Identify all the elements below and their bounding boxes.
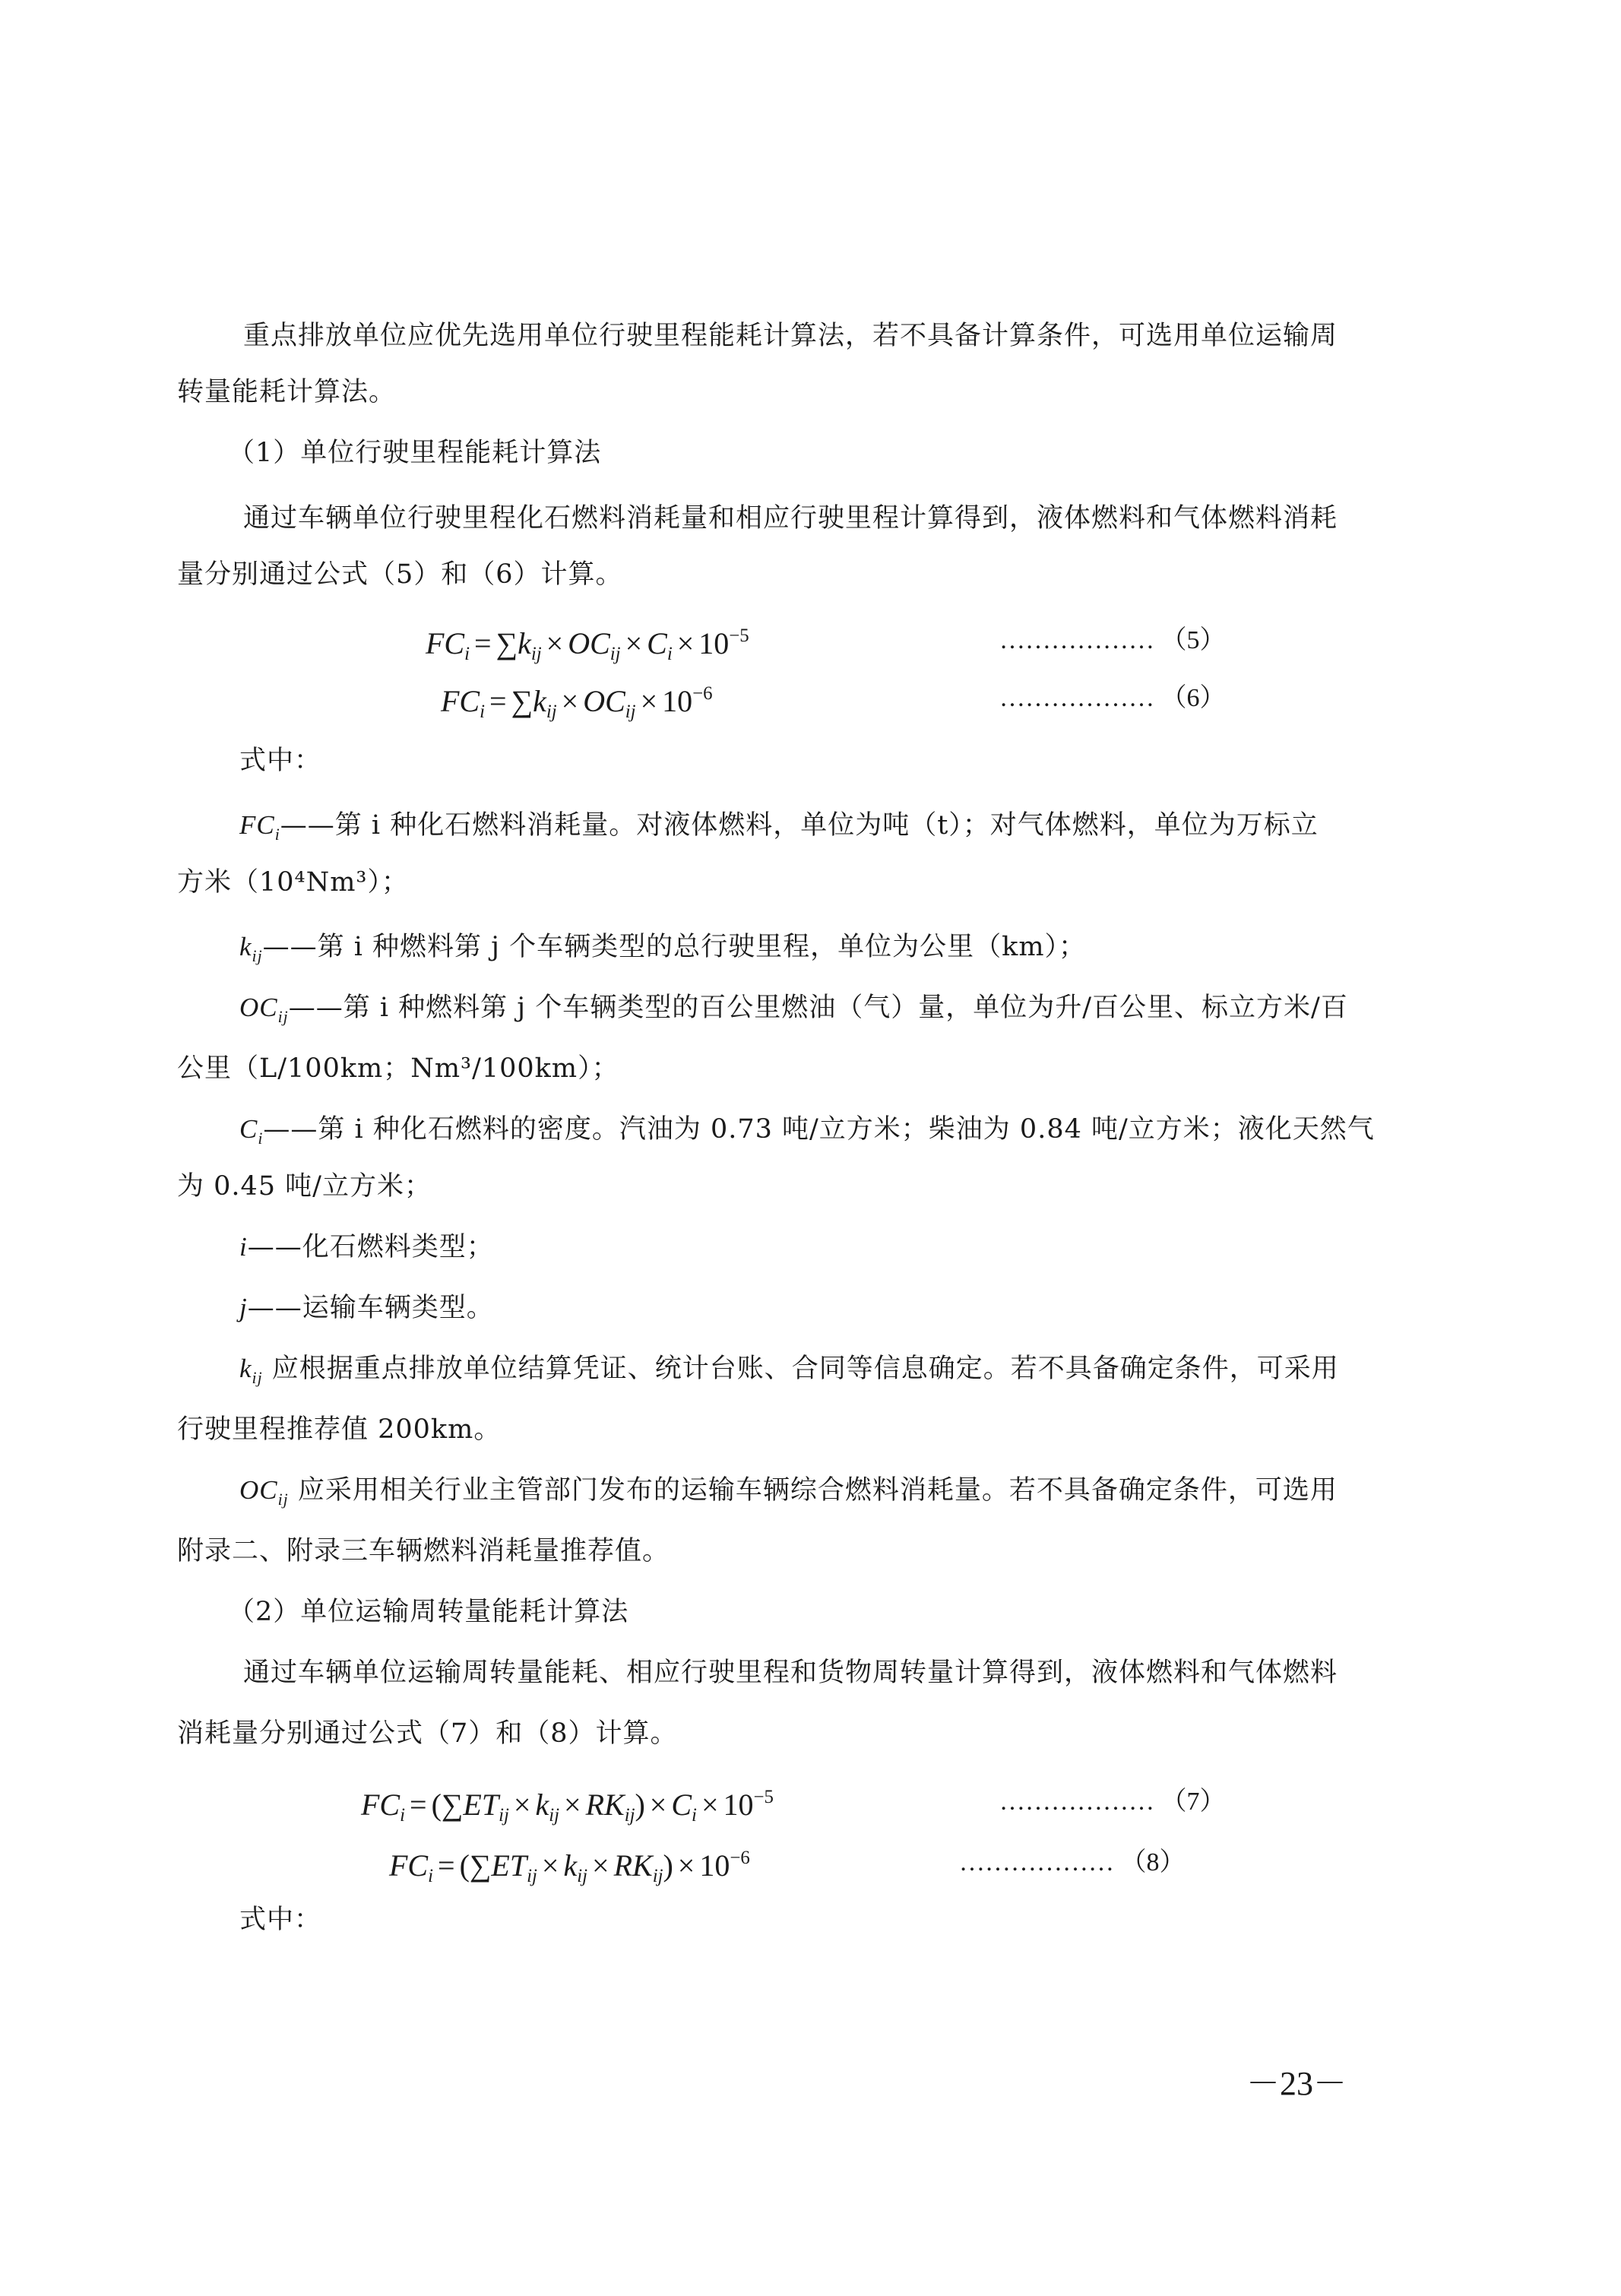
definition-k: kij——第 i 种燃料第 j 个车辆类型的总行驶里程，单位为公里（km）； — [239, 929, 1086, 974]
variable-oc: OCij — [239, 1475, 289, 1505]
formula-5: FCi=∑kij×OCij×Ci×10−5 — [426, 617, 749, 673]
where-label: 式中： — [239, 1902, 321, 1938]
equation-number-8: ……………… （8） — [959, 1844, 1186, 1882]
paragraph-line: 重点排放单位应优先选用单位行驶里程能耗计算法，若不具备计算条件，可选用单位运输周 — [243, 318, 1338, 354]
section-heading-2: （2）单位运输周转量能耗计算法 — [228, 1594, 628, 1630]
paragraph-line: 转量能耗计算法。 — [177, 374, 396, 410]
definition-c: Ci——第 i 种化石燃料的密度。汽油为 0.73 吨/立方米；柴油为 0.84… — [239, 1111, 1375, 1157]
page-number: －23－ — [1246, 2056, 1347, 2104]
paragraph-line: 公里（L/100km；Nm³/100km）； — [177, 1050, 619, 1087]
variable-j: j — [239, 1293, 248, 1322]
paragraph-line: 方米（10⁴Nm³）； — [177, 864, 409, 901]
paragraph-line: 附录二、附录三车辆燃料消耗量推荐值。 — [177, 1533, 670, 1569]
paragraph-line: 行驶里程推荐值 200km。 — [177, 1411, 501, 1448]
definition-oc: OCij——第 i 种燃料第 j 个车辆类型的百公里燃油（气）量，单位为升/百公… — [239, 990, 1348, 1035]
equation-number-7: ……………… （7） — [999, 1783, 1226, 1821]
where-label: 式中： — [239, 743, 321, 779]
formula-6: FCi=∑kij×OCij×10−6 — [441, 675, 713, 731]
variable-i: i — [239, 1232, 248, 1262]
variable-k: kij — [239, 1354, 263, 1383]
paragraph-line: 量分别通过公式（5）和（6）计算。 — [177, 556, 623, 593]
variable-fc: FCi — [239, 810, 280, 840]
paragraph-line: 通过车辆单位行驶里程化石燃料消耗量和相应行驶里程计算得到，液体燃料和气体燃料消耗 — [243, 500, 1338, 537]
variable-k: kij — [239, 932, 263, 961]
section-heading-1: （1）单位行驶里程能耗计算法 — [228, 435, 601, 471]
formula-7: FCi=(∑ETij×kij×RKij)×Ci×10−5 — [361, 1778, 774, 1835]
note-oc: OCij 应采用相关行业主管部门发布的运输车辆综合燃料消耗量。若不具备确定条件，… — [239, 1472, 1338, 1518]
definition-i: i——化石燃料类型； — [239, 1229, 494, 1265]
variable-oc: OCij — [239, 993, 289, 1022]
definition-j: j——运输车辆类型。 — [239, 1290, 494, 1326]
formula-8: FCi=(∑ETij×kij×RKij)×10−6 — [389, 1839, 750, 1895]
variable-c: Ci — [239, 1114, 263, 1144]
note-k: kij 应根据重点排放单位结算凭证、统计台账、合同等信息确定。若不具备确定条件，… — [239, 1351, 1339, 1396]
paragraph-line: 为 0.45 吨/立方米； — [177, 1168, 432, 1205]
paragraph-line: 通过车辆单位运输周转量能耗、相应行驶里程和货物周转量计算得到，液体燃料和气体燃料 — [243, 1655, 1338, 1691]
paragraph-line: 消耗量分别通过公式（7）和（8）计算。 — [177, 1715, 678, 1752]
definition-fc: FCi——第 i 种化石燃料消耗量。对液体燃料，单位为吨（t）；对气体燃料，单位… — [239, 807, 1319, 853]
equation-number-5: ……………… （5） — [999, 622, 1226, 660]
equation-number-6: ……………… （6） — [999, 679, 1226, 717]
